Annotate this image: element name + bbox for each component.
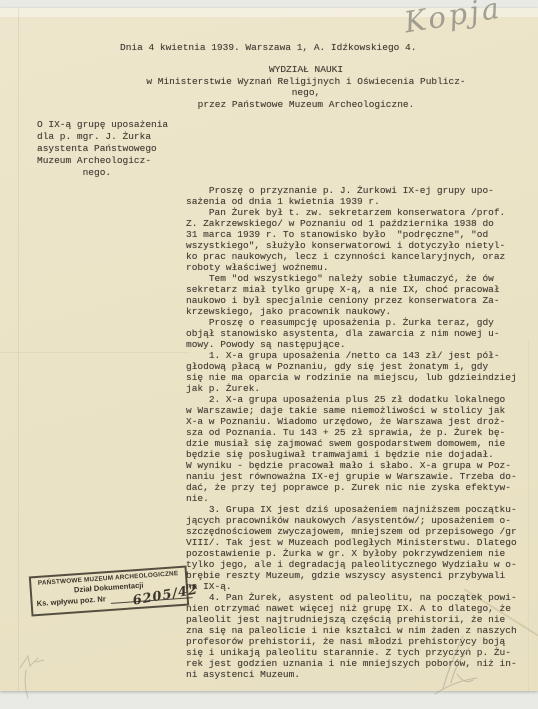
scanned-document: Kopja Dnia 4 kwietnia 1939. Warszawa 1, … [0, 0, 538, 709]
body-paragraph: Pan Żurek był t. zw. sekretarzem konserw… [186, 207, 530, 273]
body-paragraph: 1. X-a grupa uposażenia /netto ca 143 zł… [186, 350, 530, 394]
margin-subject-note: O IX-ą grupę uposażenia dla p. mgr. J. Ż… [37, 119, 168, 179]
body-paragraph: Tem "od wszystkiego" należy sobie tłumac… [186, 273, 530, 317]
recipient-ministry-continuation: nego, [110, 87, 502, 99]
body-paragraph: Proszę o przyznanie p. J. Żurkowi IX-ej … [186, 185, 530, 207]
recipient-ministry-line: w Ministerstwie Wyznań Religijnych i Ośw… [110, 76, 502, 88]
body-paragraph: Proszę o reasumpcję uposażenia p. Żurka … [186, 317, 530, 350]
recipient-address: WYDZIAŁ NAUKI w Ministerstwie Wyznań Rel… [110, 64, 502, 110]
body-paragraph: 2. X-a grupa uposażenia plus 25 zł dodat… [186, 394, 530, 504]
body-paragraph: 3. Grupa IX jest dziś uposażeniem najniż… [186, 504, 530, 592]
date-line: Dnia 4 kwietnia 1939. Warszawa 1, A. Idź… [120, 42, 416, 53]
recipient-via-line: przez Państwowe Muzeum Archeologiczne. [110, 99, 502, 111]
stamp-register-label: Ks. wpływu poz. Nr [36, 594, 106, 608]
document-body: Proszę o przyznanie p. J. Żurkowi IX-ej … [186, 185, 530, 680]
body-paragraph: 4. Pan Żurek, asystent od paleolitu, na … [186, 592, 530, 680]
recipient-department: WYDZIAŁ NAUKI [110, 64, 502, 76]
